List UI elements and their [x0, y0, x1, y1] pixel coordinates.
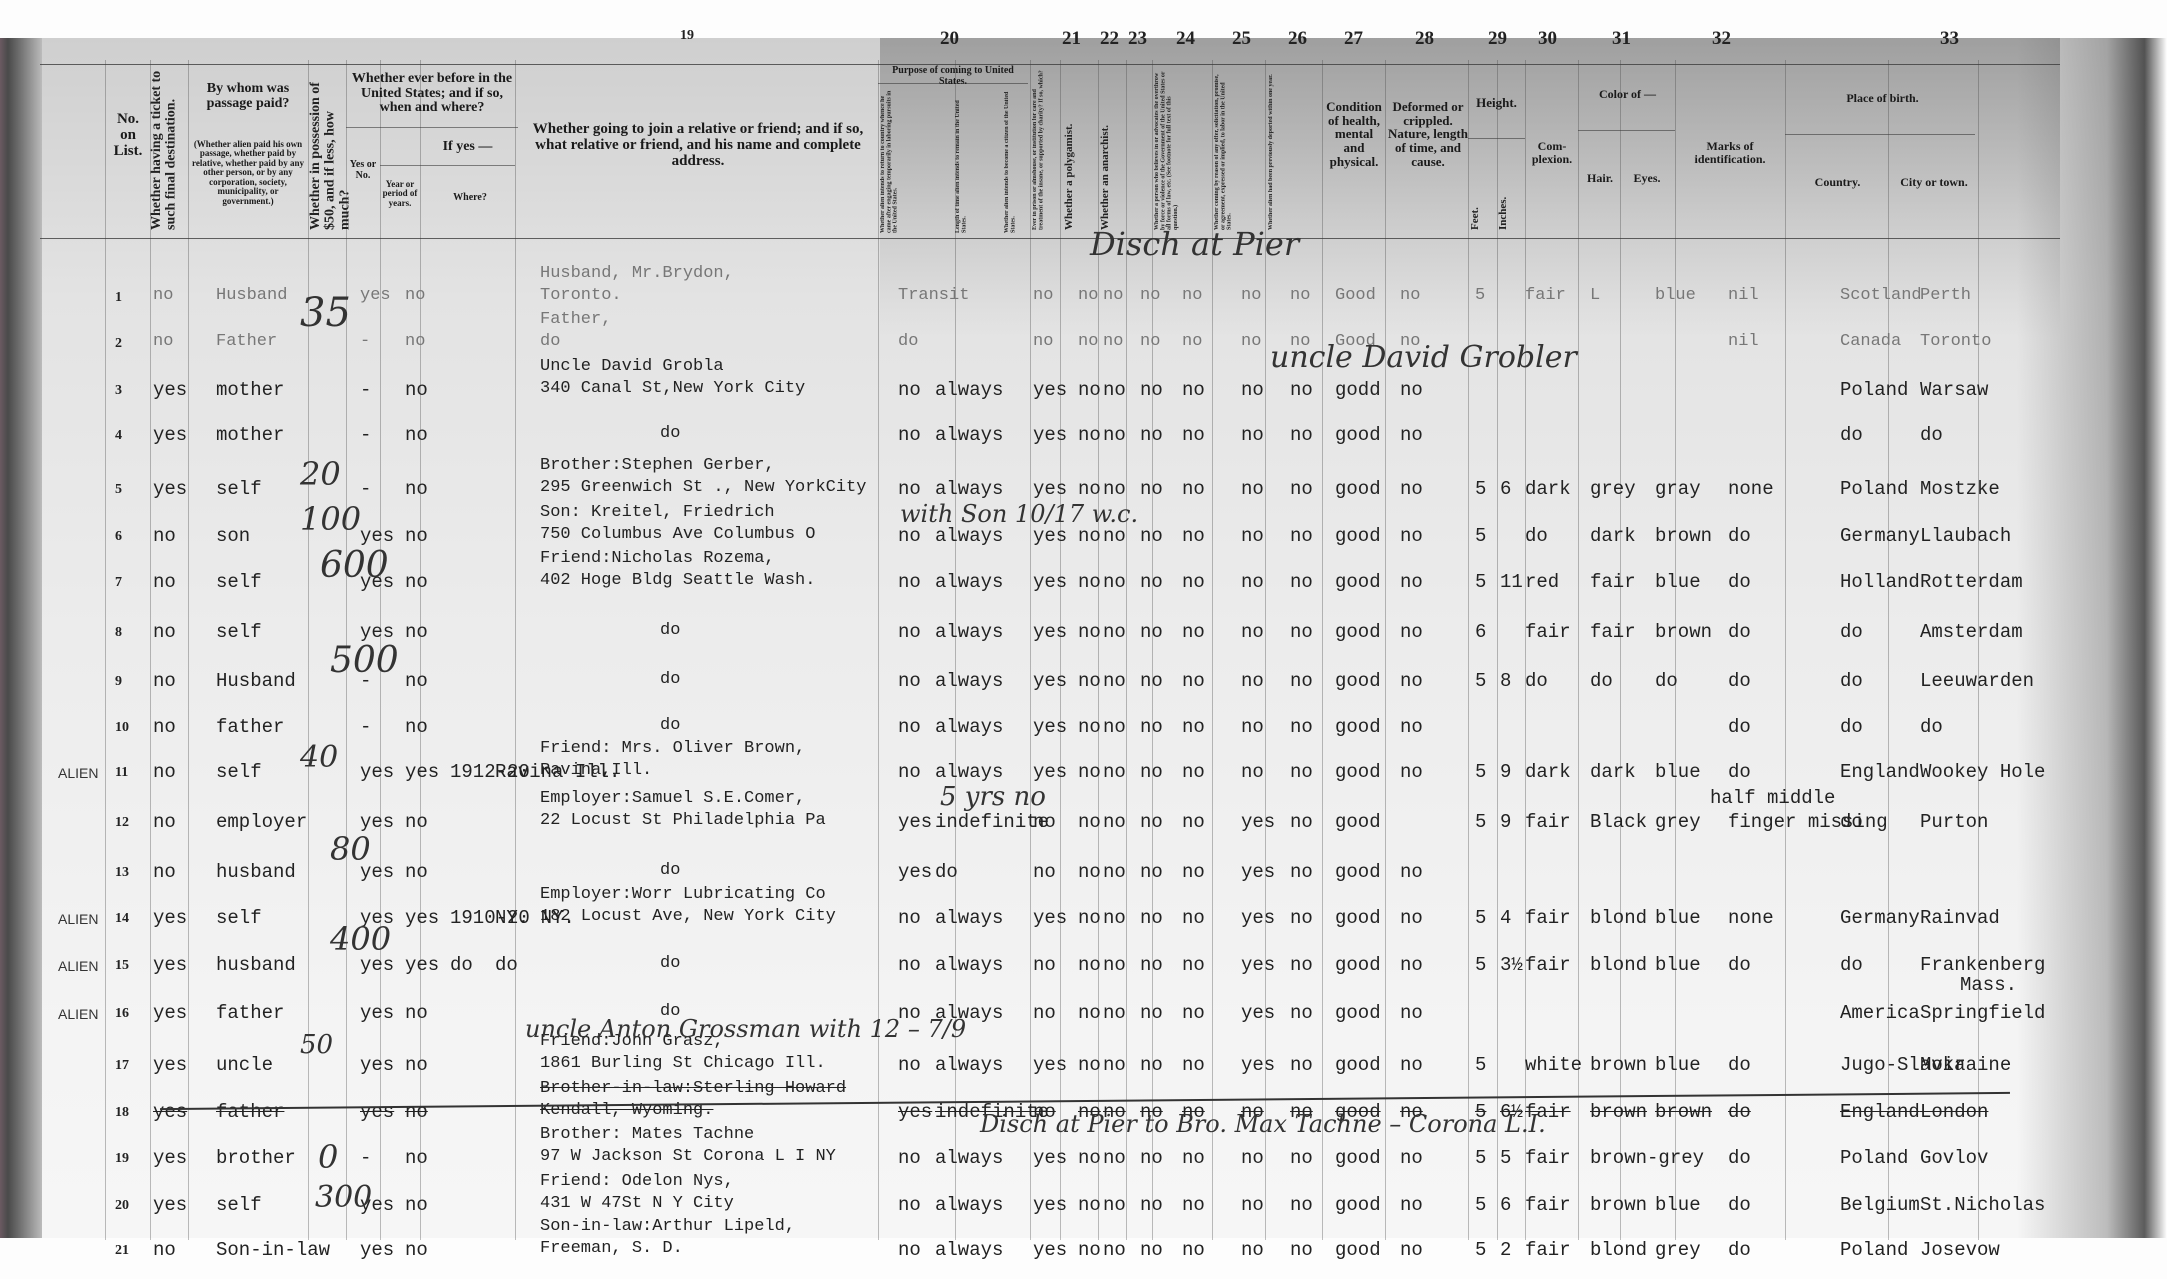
header-top-line	[40, 64, 2060, 65]
cell-polygamist: no	[1103, 761, 1126, 783]
cell-city: Amsterdam	[1920, 621, 2023, 643]
column-number: 24	[1176, 28, 1195, 50]
cell-polygamist: no	[1103, 670, 1126, 692]
cell-ticket: yes	[153, 424, 187, 446]
cell-deformed: no	[1400, 1239, 1423, 1261]
cell-eyes: grey	[1655, 811, 1701, 833]
cell-overthrow: no	[1182, 1239, 1205, 1261]
cell-complexion: red	[1525, 571, 1559, 593]
cell-paid-by: son	[216, 525, 250, 547]
cell-year: no	[405, 1054, 428, 1076]
cell-purpose-b: always	[935, 478, 1003, 500]
cell-purpose-c: yes	[1033, 907, 1067, 929]
header-deformed: Deformed or crippled. Nature, length of …	[1388, 100, 1468, 168]
header-year: Year or period of years.	[382, 180, 418, 208]
cell-purpose-b: always	[935, 1194, 1003, 1216]
cell-complexion: fair	[1525, 811, 1571, 833]
cell-contract: no	[1241, 1147, 1264, 1169]
cell-prison: no	[1078, 525, 1101, 547]
cell-paid-by: uncle	[216, 1054, 273, 1076]
cell-overthrow: no	[1182, 525, 1205, 547]
relative-address: Ravina,Ill.	[540, 761, 652, 781]
cell-country: do	[1840, 811, 1863, 833]
cell-paid-by: Son-in-law	[216, 1239, 330, 1261]
cell-overthrow: no	[1182, 424, 1205, 446]
cell-purpose-a: yes	[898, 1101, 932, 1123]
cell-inches: 9	[1500, 761, 1511, 783]
header-complexion: Com- plexion.	[1528, 140, 1576, 165]
cell-health: good	[1335, 861, 1381, 883]
cell-country: England	[1840, 1101, 1920, 1123]
before-us-divider	[346, 127, 518, 128]
column-number: 32	[1712, 28, 1731, 50]
cell-anarchist: no	[1140, 1239, 1163, 1261]
cell-prison: no	[1078, 811, 1101, 833]
cell-paid-by: employer	[216, 811, 307, 833]
column-number: 29	[1488, 28, 1507, 50]
cell-feet: 5	[1475, 1054, 1486, 1076]
relative-address: Freeman, S. D.	[540, 1239, 683, 1259]
cell-purpose-a: do	[898, 332, 918, 351]
cell-before: -	[360, 1147, 371, 1169]
cell-hair: brown	[1590, 1054, 1647, 1076]
handwritten-money: 50	[300, 1030, 333, 1060]
cell-paid-by: self	[216, 761, 262, 783]
cell-hair: fair	[1590, 621, 1636, 643]
cell-overthrow: no	[1182, 571, 1205, 593]
cell-prison: no	[1078, 1194, 1101, 1216]
marks-line1: half middle	[1710, 787, 1835, 809]
cell-city: Springfield	[1920, 1002, 2045, 1024]
cell-eyes: brown	[1655, 1101, 1712, 1123]
header-inches: Inches.	[1498, 175, 1524, 230]
cell-country: do	[1840, 424, 1863, 446]
cell-city: Rotterdam	[1920, 571, 2023, 593]
cell-prison: no	[1078, 954, 1101, 976]
cell-purpose-a: yes	[898, 861, 932, 883]
handwritten-money: 20	[300, 455, 341, 493]
cell-overthrow: no	[1182, 286, 1202, 305]
relative-name: Father,	[540, 310, 611, 330]
cell-purpose-c: yes	[1033, 1147, 1067, 1169]
cell-deformed: no	[1400, 907, 1423, 929]
cell-hair: blond	[1590, 1239, 1647, 1261]
cell-purpose-c: yes	[1033, 571, 1067, 593]
header-marks: Marks of identification.	[1677, 140, 1783, 165]
relative-name: do	[660, 954, 680, 974]
cell-deported: no	[1290, 1002, 1313, 1024]
relative-name: do	[660, 424, 680, 444]
cell-deported: no	[1290, 286, 1310, 305]
cell-country: England	[1840, 761, 1920, 783]
cell-deformed: no	[1400, 861, 1423, 883]
cell-deformed: no	[1400, 424, 1423, 446]
cell-ticket: yes	[153, 954, 187, 976]
header-health: Condition of health, mental and physical…	[1324, 100, 1384, 168]
row-number: 3	[115, 383, 122, 399]
cell-anarchist: no	[1140, 571, 1163, 593]
cell-contract: no	[1241, 761, 1264, 783]
cell-overthrow: no	[1182, 621, 1205, 643]
cell-paid-by: Father	[216, 332, 277, 351]
cell-ticket: no	[153, 571, 176, 593]
cell-year: no	[405, 861, 428, 883]
cell-deformed: no	[1400, 379, 1423, 401]
cell-country: Poland	[1840, 1147, 1908, 1169]
relative-name: do	[660, 716, 680, 736]
cell-health: good	[1335, 424, 1381, 446]
cell-deported: no	[1290, 424, 1313, 446]
cell-health: good	[1335, 478, 1381, 500]
cell-deformed: no	[1400, 1194, 1423, 1216]
cell-purpose-a: no	[898, 670, 921, 692]
cell-country: Holland	[1840, 571, 1920, 593]
cell-polygamist: no	[1103, 954, 1126, 976]
row-number: 21	[115, 1243, 129, 1259]
alien-stamp: ALIEN	[58, 1006, 98, 1022]
cell-deformed: no	[1400, 621, 1423, 643]
cell-marks: do	[1728, 1147, 1751, 1169]
cell-contract: no	[1241, 286, 1261, 305]
cell-eyes: brown	[1655, 525, 1712, 547]
cell-ticket: no	[153, 716, 176, 738]
cell-complexion: dark	[1525, 478, 1571, 500]
cell-prison: no	[1078, 716, 1101, 738]
cell-polygamist: no	[1103, 424, 1126, 446]
cell-complexion: fair	[1525, 954, 1571, 976]
table-row: 3yesmother-nonoalwaysyesnonononononogodd…	[0, 365, 2167, 412]
cell-prison: no	[1078, 424, 1101, 446]
cell-contract: no	[1241, 716, 1264, 738]
cell-hair: blond	[1590, 907, 1647, 929]
cell-overthrow: no	[1182, 1147, 1205, 1169]
cell-deported: no	[1290, 954, 1313, 976]
cell-purpose-b: always	[935, 1147, 1003, 1169]
relative-name: Friend:Nicholas Rozema,	[540, 549, 775, 569]
cell-year: yes	[405, 907, 439, 929]
cell-marks: nil	[1728, 332, 1759, 351]
cell-complexion: fair	[1525, 1194, 1571, 1216]
relative-address: 22 Locust St Philadelphia Pa	[540, 811, 826, 831]
cell-before: yes	[360, 1101, 394, 1123]
cell-purpose-a: yes	[898, 811, 932, 833]
cell-purpose-b: always	[935, 571, 1003, 593]
cell-purpose-b: always	[935, 907, 1003, 929]
cell-ticket: no	[153, 670, 176, 692]
table-row: 12noemployeryesnoyesindefinitenonononono…	[0, 797, 2167, 844]
cell-marks: do	[1728, 1101, 1751, 1123]
cell-overthrow: no	[1182, 1054, 1205, 1076]
cell-eyes: blue	[1655, 571, 1701, 593]
cell-purpose-a: Transit	[898, 286, 969, 305]
row-number: 18	[115, 1105, 129, 1121]
cell-hair: Black	[1590, 811, 1647, 833]
cell-complexion: do	[1525, 525, 1548, 547]
cell-paid-by: husband	[216, 954, 296, 976]
cell-before: -	[360, 716, 371, 738]
cell-polygamist: no	[1103, 1194, 1126, 1216]
cell-prison: no	[1078, 1054, 1101, 1076]
row-number: 13	[115, 865, 129, 881]
row-number: 12	[115, 815, 129, 831]
cell-deformed: no	[1400, 1002, 1423, 1024]
header-yes-no: Yes or No.	[348, 160, 378, 181]
cell-city: Warsaw	[1920, 379, 1988, 401]
relative-address: Toronto.	[540, 286, 622, 306]
handwritten-money: 100	[300, 500, 361, 538]
cell-complexion: do	[1525, 670, 1548, 692]
cell-health: good	[1335, 716, 1381, 738]
row-number: 2	[115, 336, 122, 352]
cell-marks: do	[1728, 1239, 1751, 1261]
cell-marks: do	[1728, 571, 1751, 593]
table-row: 15ALIENyeshusbandyesyesdodonoalwaysnonon…	[0, 940, 2167, 987]
cell-ticket: yes	[153, 1194, 187, 1216]
cell-health: good	[1335, 1239, 1381, 1261]
cell-anarchist: no	[1140, 1194, 1163, 1216]
header-join-relative: Whether going to join a relative or frie…	[520, 122, 876, 169]
cell-overthrow: no	[1182, 670, 1205, 692]
cell-ticket: no	[153, 286, 173, 305]
cell-city: do	[1920, 424, 1943, 446]
cell-city: Leeuwarden	[1920, 670, 2034, 692]
cell-anarchist: no	[1140, 954, 1163, 976]
cell-feet: 5	[1475, 811, 1486, 833]
column-number: 26	[1288, 28, 1307, 50]
cell-deported: no	[1290, 478, 1313, 500]
cell-complexion: fair	[1525, 286, 1566, 305]
height-divider	[1468, 138, 1525, 139]
cell-city: Josevow	[1920, 1239, 2000, 1261]
cell-ticket: yes	[153, 1101, 187, 1123]
cell-paid-by: self	[216, 478, 262, 500]
cell-country: Poland	[1840, 1239, 1908, 1261]
cell-contract: no	[1241, 478, 1264, 500]
cell-prison: no	[1078, 861, 1101, 883]
cell-year: no	[405, 1101, 428, 1123]
cell-deformed: no	[1400, 1054, 1423, 1076]
header-overthrow: Whether a person who believes in or advo…	[1154, 70, 1210, 230]
cell-complexion: fair	[1525, 1147, 1571, 1169]
cell-health: good	[1335, 1002, 1381, 1024]
cell-feet: 5	[1475, 1194, 1486, 1216]
cell-purpose-a: no	[898, 716, 921, 738]
cell-city: Rainvad	[1920, 907, 2000, 929]
cell-feet: 5	[1475, 907, 1486, 929]
relative-name: do	[660, 670, 680, 690]
cell-health: good	[1335, 1054, 1381, 1076]
birth-divider	[1785, 134, 1975, 135]
cell-year: no	[405, 571, 428, 593]
relative-name: Uncle David Grobla	[540, 357, 724, 377]
column-number: 30	[1538, 28, 1557, 50]
cell-paid-by: mother	[216, 379, 284, 401]
cell-polygamist: no	[1103, 571, 1126, 593]
cell-year: no	[405, 716, 428, 738]
column-number: 21	[1062, 28, 1081, 50]
cell-city: Frankenberg	[1920, 954, 2045, 976]
cell-deported: no	[1290, 571, 1313, 593]
cell-year: no	[405, 525, 428, 547]
cell-purpose-a: no	[898, 1239, 921, 1261]
cell-health: good	[1335, 1194, 1381, 1216]
cell-deformed: no	[1400, 954, 1423, 976]
cell-prison: no	[1078, 286, 1098, 305]
cell-purpose-b: always	[935, 716, 1003, 738]
cell-year: yes	[405, 761, 439, 783]
column-number: 20	[940, 28, 959, 50]
cell-hair: brown-grey	[1590, 1147, 1704, 1169]
cell-deported: no	[1290, 907, 1313, 929]
cell-polygamist: no	[1103, 525, 1126, 547]
cell-contract: yes	[1241, 811, 1275, 833]
cell-inches: 9	[1500, 811, 1511, 833]
cell-deported: no	[1290, 761, 1313, 783]
table-row: 13nohusbandyesnoyesdonononononoyesnogood…	[0, 847, 2167, 894]
cell-purpose-c: no	[1033, 286, 1053, 305]
cell-deported: no	[1290, 1194, 1313, 1216]
cell-ticket: yes	[153, 1147, 187, 1169]
cell-purpose-c: no	[1033, 332, 1053, 351]
cell-purpose-a: no	[898, 571, 921, 593]
cell-hair: dark	[1590, 761, 1636, 783]
column-number: 28	[1415, 28, 1434, 50]
header-prison: Ever in prison or almshouse, or institut…	[1032, 70, 1060, 230]
header-purpose-length: Length of time alien intends to remain i…	[955, 88, 1003, 233]
cell-health: good	[1335, 571, 1381, 593]
cell-purpose-b: always	[935, 621, 1003, 643]
relative-address: 340 Canal St,New York City	[540, 379, 805, 399]
cell-country: do	[1840, 670, 1863, 692]
alien-stamp: ALIEN	[58, 958, 98, 974]
cell-polygamist: no	[1103, 1239, 1126, 1261]
cell-year: no	[405, 1147, 428, 1169]
cell-health: good	[1335, 954, 1381, 976]
cell-eyes: blue	[1655, 761, 1701, 783]
cell-purpose-a: no	[898, 907, 921, 929]
cell-country: Poland	[1840, 478, 1908, 500]
table-row: 21noSon-in-lawyesnonoalwaysyesnonononono…	[0, 1225, 2167, 1272]
cell-marks: do	[1728, 761, 1751, 783]
cell-marks: do	[1728, 954, 1751, 976]
cell-overthrow: no	[1182, 478, 1205, 500]
row-number: 20	[115, 1198, 129, 1214]
cell-anarchist: no	[1140, 332, 1160, 351]
cell-before: yes	[360, 1002, 394, 1024]
relative-name: Brother:Stephen Gerber,	[540, 456, 775, 476]
cell-purpose-b: always	[935, 954, 1003, 976]
cell-year: yes	[405, 954, 439, 976]
cell-inches: 6	[1500, 478, 1511, 500]
cell-anarchist: no	[1140, 286, 1160, 305]
cell-year: no	[405, 332, 425, 351]
cell-deported: no	[1290, 1054, 1313, 1076]
cell-year: no	[405, 379, 428, 401]
cell-ticket: no	[153, 621, 176, 643]
cell-polygamist: no	[1103, 1054, 1126, 1076]
cell-paid-by: self	[216, 571, 262, 593]
cell-city: Llaubach	[1920, 525, 2011, 547]
header-no-on-list: No. on List.	[108, 112, 148, 159]
cell-inches: 2	[1500, 1239, 1511, 1261]
cell-purpose-c: yes	[1033, 424, 1067, 446]
cell-overthrow: no	[1182, 379, 1205, 401]
cell-polygamist: no	[1103, 286, 1123, 305]
cell-anarchist: no	[1140, 621, 1163, 643]
table-row: 16ALIENyesfatheryesnonoalwaysnononononoy…	[0, 988, 2167, 1035]
handwritten-money: 600	[320, 545, 389, 586]
relative-name: Friend: Mrs. Oliver Brown,	[540, 739, 805, 759]
cell-purpose-b: always	[935, 424, 1003, 446]
cell-purpose-b: always	[935, 525, 1003, 547]
cell-year: no	[405, 286, 425, 305]
cell-prison: no	[1078, 1239, 1101, 1261]
cell-anarchist: no	[1140, 1147, 1163, 1169]
handwritten-note: with Son 10/17 w.c.	[900, 500, 1138, 528]
cell-anarchist: no	[1140, 670, 1163, 692]
relative-address: 182 Locust Ave, New York City	[540, 907, 836, 927]
cell-eyes: grey	[1655, 1239, 1701, 1261]
handwritten-note: 5 yrs no	[940, 782, 1046, 812]
cell-health: good	[1335, 670, 1381, 692]
handwritten-money: 300	[315, 1180, 372, 1215]
cell-prison: no	[1078, 907, 1101, 929]
cell-feet: 5	[1475, 761, 1486, 783]
cell-deported: no	[1290, 379, 1313, 401]
cell-before: -	[360, 379, 371, 401]
cell-paid-by: father	[216, 1101, 284, 1123]
cell-health: good	[1335, 811, 1381, 833]
cell-prison: no	[1078, 478, 1101, 500]
cell-contract: no	[1241, 1239, 1264, 1261]
relative-address: 750 Columbus Ave Columbus O	[540, 525, 815, 545]
cell-paid-by: mother	[216, 424, 284, 446]
cell-polygamist: no	[1103, 332, 1123, 351]
cell-deported: no	[1290, 621, 1313, 643]
cell-inches: 3½	[1500, 954, 1523, 976]
cell-anarchist: no	[1140, 424, 1163, 446]
column-number: 33	[1940, 28, 1959, 50]
cell-ticket: yes	[153, 478, 187, 500]
cell-marks: do	[1728, 1194, 1751, 1216]
cell-city: Wookey Hole	[1920, 761, 2045, 783]
cell-prison: no	[1078, 1002, 1101, 1024]
table-row: 9noHusband-nonoalwaysyesnonononononogood…	[0, 656, 2167, 703]
header-contract: Whether coming by reason of any offer, s…	[1214, 70, 1264, 230]
cell-inches: 8	[1500, 670, 1511, 692]
cell-feet: 5	[1475, 286, 1485, 305]
header-height: Height.	[1468, 96, 1525, 110]
relative-name: Husband, Mr.Brydon,	[540, 264, 734, 284]
table-row: 4yesmother-nonoalwaysyesnonononononogood…	[0, 410, 2167, 457]
cell-complexion: fair	[1525, 621, 1571, 643]
cell-ticket: yes	[153, 1054, 187, 1076]
cell-ticket: no	[153, 761, 176, 783]
column-number: 23	[1128, 28, 1147, 50]
cell-contract: no	[1241, 670, 1264, 692]
cell-prison: no	[1078, 332, 1098, 351]
cell-purpose-c: yes	[1033, 670, 1067, 692]
cell-before: yes	[360, 286, 391, 305]
cell-deported: no	[1290, 670, 1313, 692]
cell-before: yes	[360, 1054, 394, 1076]
cell-anarchist: no	[1140, 761, 1163, 783]
cell-city: do	[1920, 716, 1943, 738]
cell-purpose-a: no	[898, 424, 921, 446]
cell-purpose-b: always	[935, 1054, 1003, 1076]
header-where: Where?	[430, 193, 510, 204]
cell-feet: 5	[1475, 478, 1486, 500]
